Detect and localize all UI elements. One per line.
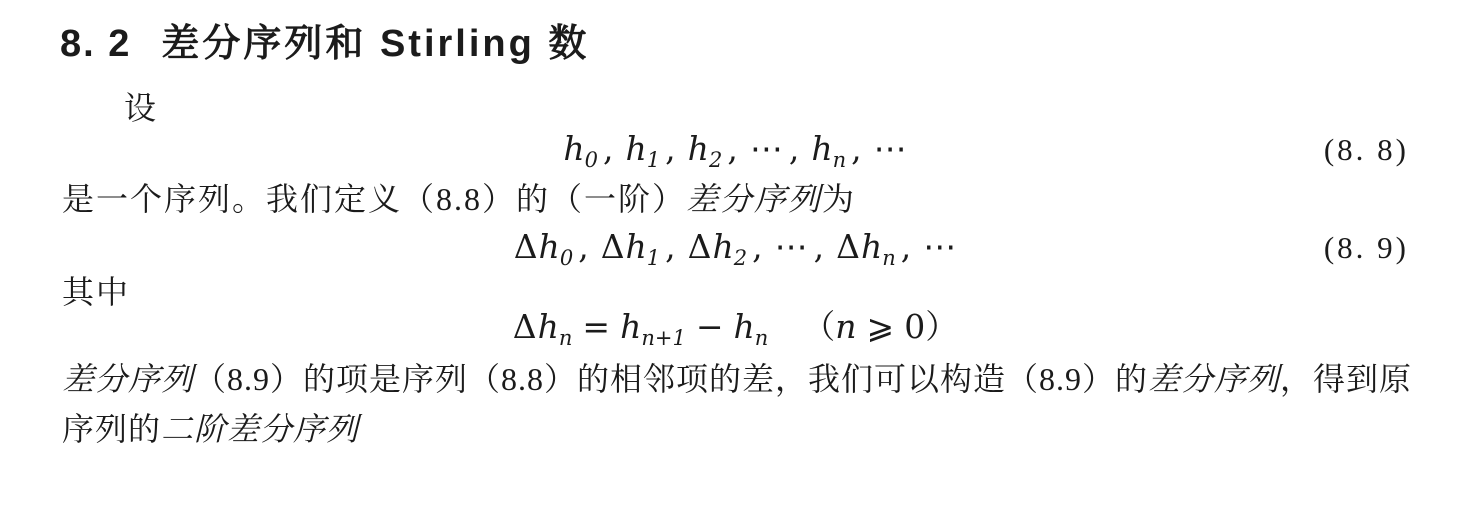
equation-label-8-9: (8. 9) xyxy=(1324,231,1409,265)
math-subscript: n xyxy=(559,326,573,350)
math-comma: , xyxy=(789,129,800,168)
paragraph-she: 设 xyxy=(124,90,158,127)
math-comma: , xyxy=(578,227,589,266)
geq-sign: ⩾ xyxy=(867,307,895,346)
text-run: 为 xyxy=(822,181,856,217)
equation-8-9: Δh0,Δh1,Δh2,⋯,Δhn,⋯ xyxy=(514,229,958,265)
paragraph-body-line-2: 序列的二阶差分序列 xyxy=(62,411,359,448)
equation-difference: Δhn=hn+1−hn（n⩾0） xyxy=(513,309,958,345)
math-comma: , xyxy=(665,129,676,168)
equation-row-8-8: h0,h1,h2,⋯,hn,⋯ (8. 8) xyxy=(62,131,1409,168)
math-comma: , xyxy=(752,227,763,266)
textbook-page: 8. 2差分序列和 Stirling 数 设 h0,h1,h2,⋯,hn,⋯ (… xyxy=(0,0,1475,515)
delta-symbol: Δ xyxy=(513,307,537,346)
math-comma: , xyxy=(851,129,862,168)
open-paren: （ xyxy=(802,307,835,346)
kai-emphasis-term: 差分序列 xyxy=(1148,361,1280,397)
equation-label-8-8: (8. 8) xyxy=(1324,133,1409,167)
minus-sign: − xyxy=(696,307,724,346)
math-var: h xyxy=(539,227,560,266)
math-comma: , xyxy=(603,129,614,168)
section-number: 8. 2 xyxy=(60,23,131,65)
delta-symbol: Δ xyxy=(514,227,538,266)
equation-8-8: h0,h1,h2,⋯,hn,⋯ xyxy=(563,131,907,167)
math-var: h xyxy=(688,129,709,168)
math-subscript: 2 xyxy=(709,148,722,172)
equation-row-difference: Δhn=hn+1−hn（n⩾0） xyxy=(62,309,1409,346)
math-var: h xyxy=(733,307,754,346)
math-cdots: ⋯ xyxy=(750,129,784,168)
math-subscript: 2 xyxy=(734,246,747,270)
section-title: 差分序列和 Stirling 数 xyxy=(161,23,589,65)
math-comma: , xyxy=(901,227,912,266)
math-var: h xyxy=(538,307,559,346)
math-subscript: 1 xyxy=(647,246,660,270)
equation-row-8-9: Δh0,Δh1,Δh2,⋯,Δhn,⋯ (8. 9) xyxy=(62,229,1409,266)
math-var: h xyxy=(811,129,832,168)
math-number: 0 xyxy=(904,307,925,346)
section-heading: 8. 2差分序列和 Stirling 数 xyxy=(60,24,589,66)
math-var: h xyxy=(563,129,584,168)
math-var: h xyxy=(620,307,641,346)
math-subscript: n+1 xyxy=(641,326,685,350)
math-subscript: n xyxy=(755,326,769,350)
math-var: n xyxy=(835,307,856,346)
paragraph-definition: 是一个序列。我们定义（8.8）的（一阶）差分序列为 xyxy=(62,181,856,218)
delta-symbol: Δ xyxy=(601,227,625,266)
text-run: 序列的 xyxy=(62,411,161,447)
kai-emphasis-term: 差分序列 xyxy=(62,361,194,397)
math-cdots: ⋯ xyxy=(775,227,809,266)
kai-emphasis-term: 二阶差分序列 xyxy=(161,411,359,447)
text-run: （8.9）的项是序列（8.8）的相邻项的差，我们可以构造（8.9）的 xyxy=(194,361,1148,397)
math-subscript: 0 xyxy=(585,148,598,172)
text-run: ，得到原 xyxy=(1280,361,1412,397)
math-subscript: 0 xyxy=(560,246,573,270)
math-comma: , xyxy=(727,129,738,168)
math-subscript: n xyxy=(882,246,896,270)
math-var: h xyxy=(861,227,882,266)
close-paren: ） xyxy=(925,307,958,346)
math-var: h xyxy=(713,227,734,266)
paragraph-qizhong: 其中 xyxy=(62,274,130,311)
paragraph-body-line-1: 差分序列（8.9）的项是序列（8.8）的相邻项的差，我们可以构造（8.9）的差分… xyxy=(62,361,1412,398)
math-subscript: 1 xyxy=(647,148,660,172)
text-run: 是一个序列。我们定义（8.8）的（一阶） xyxy=(62,181,686,217)
math-cdots: ⋯ xyxy=(874,129,908,168)
delta-symbol: Δ xyxy=(688,227,712,266)
condition-group: （n⩾0） xyxy=(802,307,958,346)
math-var: h xyxy=(626,129,647,168)
delta-symbol: Δ xyxy=(836,227,860,266)
math-comma: , xyxy=(814,227,825,266)
kai-emphasis-term: 差分序列 xyxy=(686,181,822,217)
math-comma: , xyxy=(665,227,676,266)
math-cdots: ⋯ xyxy=(923,227,957,266)
math-var: h xyxy=(626,227,647,266)
equals-sign: = xyxy=(582,307,610,346)
math-subscript: n xyxy=(833,148,847,172)
